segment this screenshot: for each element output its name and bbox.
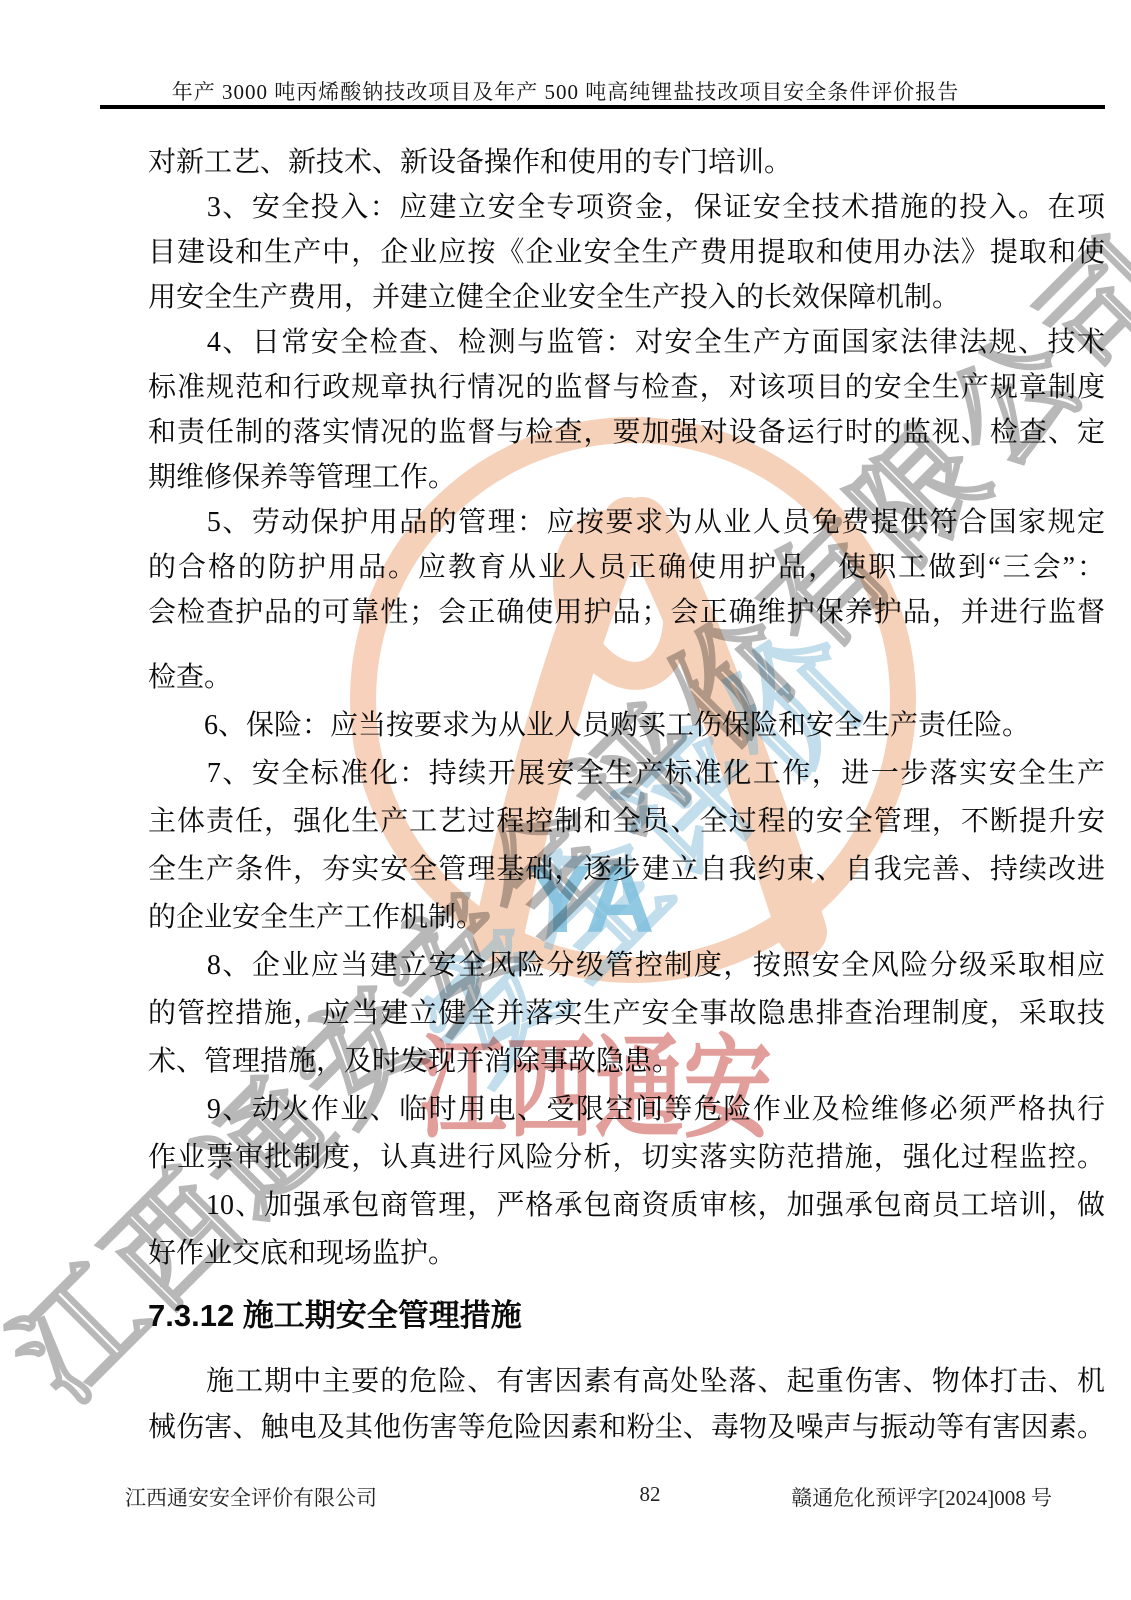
text-line: 全生产条件，夯实安全管理基础，逐步建立自我约束、自我完善、持续改进 (148, 846, 1105, 894)
text-line: 术、管理措施，及时发现并消除事故隐患。 (148, 1038, 1105, 1086)
text-line: 期维修保养等管理工作。 (148, 455, 1105, 500)
text-line: 的管控措施，应当建立健全并落实生产安全事故隐患排查治理制度，采取技 (148, 990, 1105, 1038)
section-heading: 7.3.12 施工期安全管理措施 (148, 1296, 522, 1336)
text-line: 5、劳动保护用品的管理：应按要求为从业人员免费提供符合国家规定 (148, 500, 1105, 545)
text-line: 和责任制的落实情况的监督与检查，要加强对设备运行时的监视、检查、定 (148, 410, 1105, 455)
text-line: 的合格的防护用品。应教育从业人员正确使用护品，使职工做到“三会”： (148, 545, 1105, 590)
footer-document-number: 赣通危化预评字[2024]008 号 (791, 1482, 1052, 1512)
closing-paragraph: 施工期中主要的危险、有害因素有高处坠落、起重伤害、物体打击、机械伤害、触电及其他… (148, 1359, 1105, 1451)
footer-company-name: 江西通安安全评价有限公司 (125, 1482, 377, 1512)
text-line: 对新工艺、新技术、新设备操作和使用的专门培训。 (148, 140, 1105, 185)
text-line: 用安全生产费用，并建立健全企业安全生产投入的长效保障机制。 (148, 275, 1105, 320)
text-line: 9、动火作业、临时用电、受限空间等危险作业及检维修必须严格执行 (148, 1086, 1105, 1134)
text-line: 3、安全投入：应建立安全专项资金，保证安全技术措施的投入。在项 (148, 185, 1105, 230)
footer-page-number: 82 (600, 1482, 700, 1507)
text-line: 作业票审批制度，认真进行风险分析，切实落实防范措施，强化过程监控。 (148, 1134, 1105, 1182)
text-line: 目建设和生产中，企业应按《企业安全生产费用提取和使用办法》提取和使 (148, 230, 1105, 275)
text-line: 10、加强承包商管理，严格承包商资质审核，加强承包商员工培训，做 (148, 1182, 1105, 1230)
text-line: 好作业交底和现场监护。 (148, 1230, 1105, 1278)
text-line: 8、企业应当建立安全风险分级管控制度，按照安全风险分级采取相应 (148, 942, 1105, 990)
text-line: 7、安全标准化：持续开展安全生产标准化工作，进一步落实安全生产 (148, 750, 1105, 798)
text-line: 施工期中主要的危险、有害因素有高处坠落、起重伤害、物体打击、机 (148, 1359, 1105, 1405)
body-text-upper: 对新工艺、新技术、新设备操作和使用的专门培训。 3、安全投入：应建立安全专项资金… (148, 140, 1105, 635)
page-header-title: 年产 3000 吨丙烯酸钠技改项目及年产 500 吨高纯锂盐技改项目安全条件评价… (0, 76, 1131, 106)
text-line: 标准规范和行政规章执行情况的监督与检查，对该项目的安全生产规章制度 (148, 365, 1105, 410)
text-line: 的企业安全生产工作机制。 (148, 894, 1105, 942)
text-line: 检查。 (148, 654, 1105, 702)
report-page: 安全评价 YA 江西通安安全评价有限公司 江西通安 年产 3000 吨丙烯酸钠技… (0, 0, 1131, 1600)
text-line: 械伤害、触电及其他伤害等危险因素和粉尘、毒物及噪声与振动等有害因素。 (148, 1405, 1105, 1451)
text-line: 6、保险：应当按要求为从业人员购买工伤保险和安全生产责任险。 (148, 702, 1105, 750)
text-line: 主体责任，强化生产工艺过程控制和全员、全过程的安全管理，不断提升安 (148, 798, 1105, 846)
text-line: 4、日常安全检查、检测与监管：对安全生产方面国家法律法规、技术 (148, 320, 1105, 365)
body-text-lower: 检查。 6、保险：应当按要求为从业人员购买工伤保险和安全生产责任险。 7、安全标… (148, 654, 1105, 1278)
text-line: 会检查护品的可靠性；会正确使用护品；会正确维护保养护品，并进行监督 (148, 590, 1105, 635)
header-divider (100, 105, 1105, 109)
